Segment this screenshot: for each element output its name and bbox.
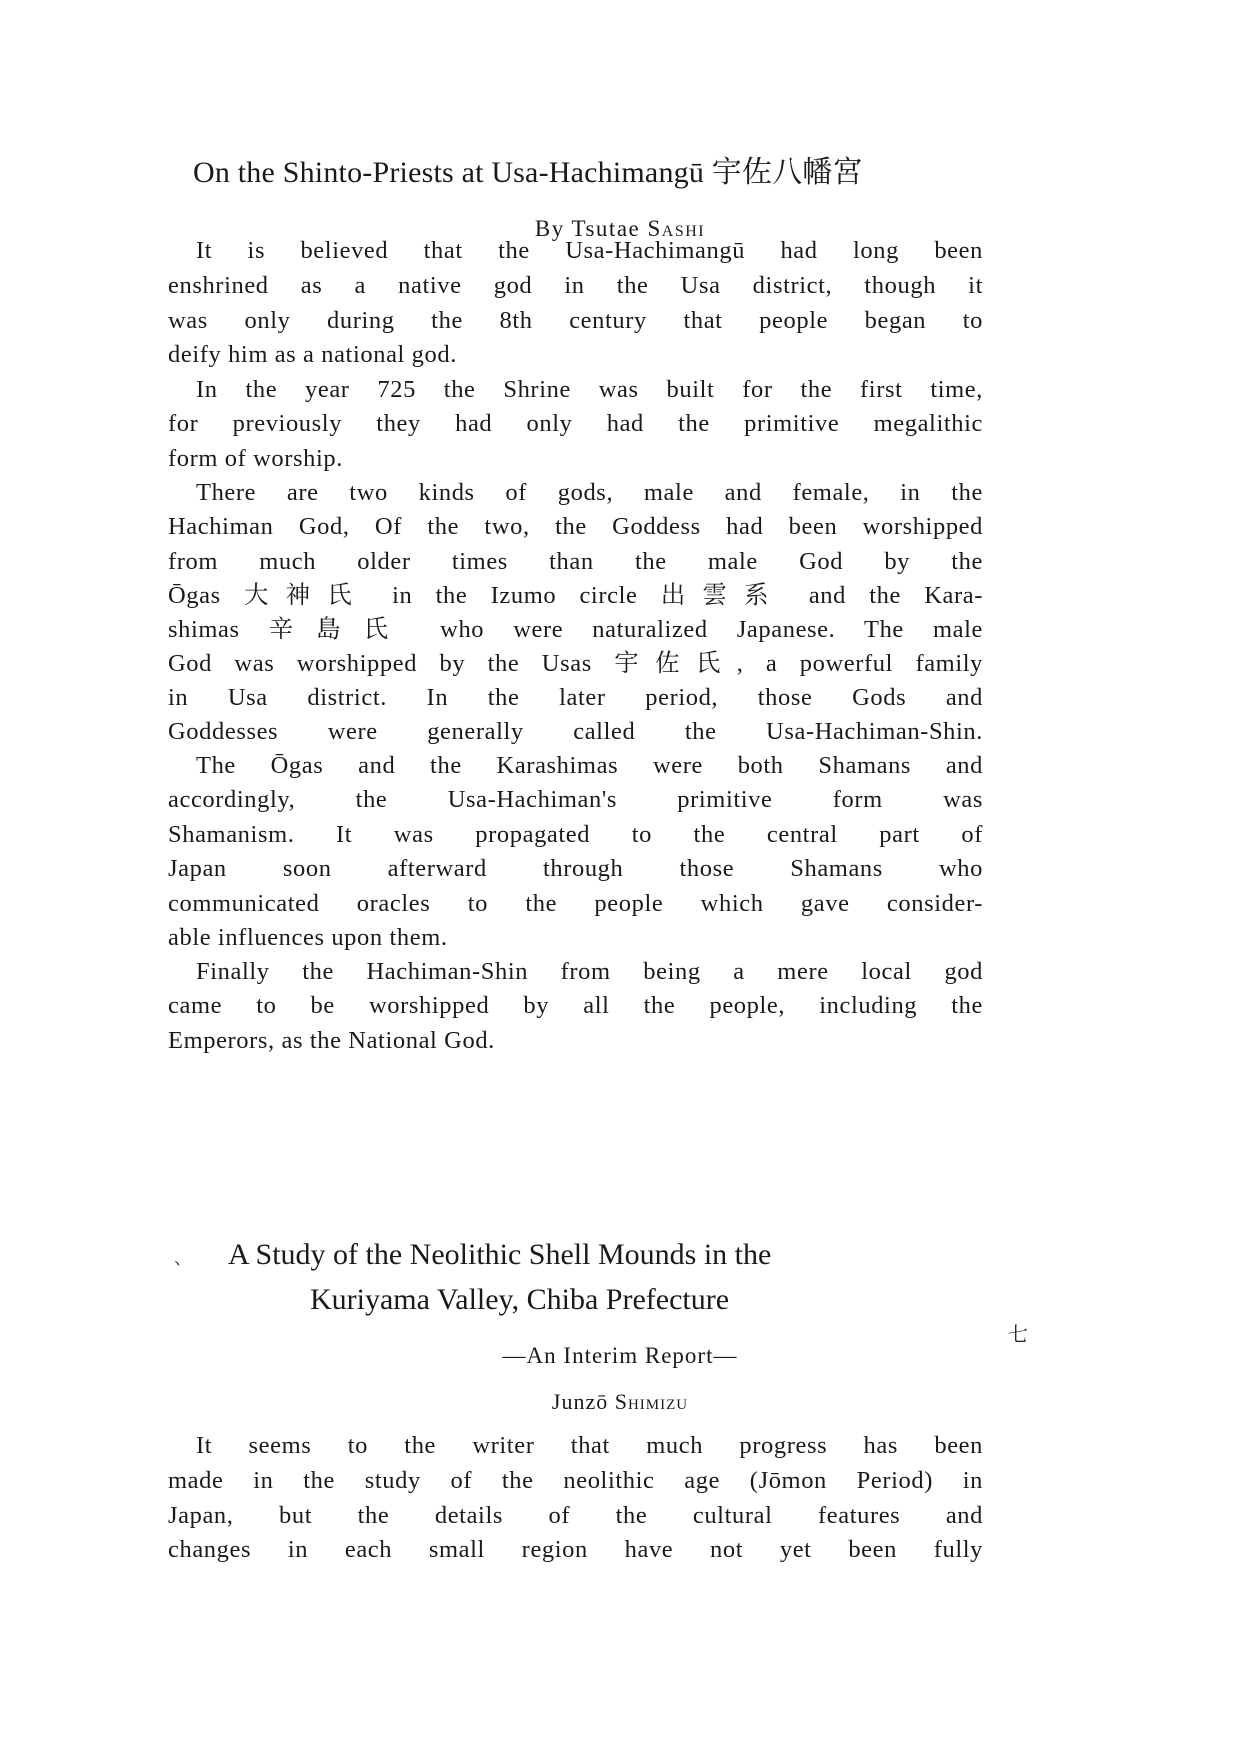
text-line: Finally the Hachiman-Shin from being a m…	[196, 953, 983, 991]
text-line: God was worshipped by the Usas 宇佐氏, a po…	[168, 645, 983, 683]
text-line: changes in each small region have not ye…	[168, 1531, 983, 1569]
text-line: The Ōgas and the Karashimas were both Sh…	[196, 747, 983, 785]
text-line: deify him as a national god.	[168, 336, 457, 374]
text-line: In the year 725 the Shrine was built for…	[196, 371, 983, 409]
text-line: made in the study of the neolithic age (…	[168, 1462, 983, 1500]
text-line: from much older times than the male God …	[168, 543, 983, 581]
text-line: Japan, but the details of the cultural f…	[168, 1497, 983, 1535]
text-line: Hachiman God, Of the two, the Goddess ha…	[168, 508, 983, 546]
journal-page: On the Shinto-Priests at Usa-Hachimangū …	[0, 0, 1240, 1755]
article1-title: On the Shinto-Priests at Usa-Hachimangū …	[193, 147, 863, 191]
text-line: shimas 辛島氏 who were naturalized Japanese…	[168, 611, 983, 649]
text-line: Japan soon afterward through those Shama…	[168, 850, 983, 888]
text-line: communicated oracles to the people which…	[168, 885, 983, 923]
article2-author: Junzō Shimizu	[0, 1389, 1240, 1415]
text-line: form of worship.	[168, 440, 343, 478]
text-line: Goddesses were generally called the Usa-…	[168, 713, 983, 751]
text-line: It is believed that the Usa-Hachimangū h…	[196, 232, 983, 270]
text-line: Ōgas 大神氏 in the Izumo circle 出雲系 and the…	[168, 577, 983, 615]
text-line: was only during the 8th century that peo…	[168, 302, 983, 340]
text-line: There are two kinds of gods, male and fe…	[196, 474, 983, 512]
text-line: Shamanism. It was propagated to the cent…	[168, 816, 983, 854]
text-line: came to be worshipped by all the people,…	[168, 987, 983, 1025]
article2-title-line-2: Kuriyama Valley, Chiba Prefecture	[310, 1283, 729, 1317]
author-surname: Shimizu	[615, 1389, 688, 1414]
text-line: It seems to the writer that much progres…	[196, 1427, 983, 1465]
text-line: accordingly, the Usa-Hachiman's primitiv…	[168, 781, 983, 819]
author-given-name: Junzō	[552, 1389, 615, 1414]
text-line: for previously they had only had the pri…	[168, 405, 983, 443]
page-number: 七	[1008, 1318, 1028, 1347]
text-line: able influences upon them.	[168, 919, 448, 957]
article2-subtitle: —An Interim Report—	[0, 1343, 1240, 1369]
text-line: Emperors, as the National God.	[168, 1022, 495, 1060]
text-line: in Usa district. In the later period, th…	[168, 679, 983, 717]
text-line: enshrined as a native god in the Usa dis…	[168, 267, 983, 305]
stray-print-mark: 、	[174, 1244, 192, 1270]
article2-title-line-1: A Study of the Neolithic Shell Mounds in…	[228, 1238, 771, 1272]
